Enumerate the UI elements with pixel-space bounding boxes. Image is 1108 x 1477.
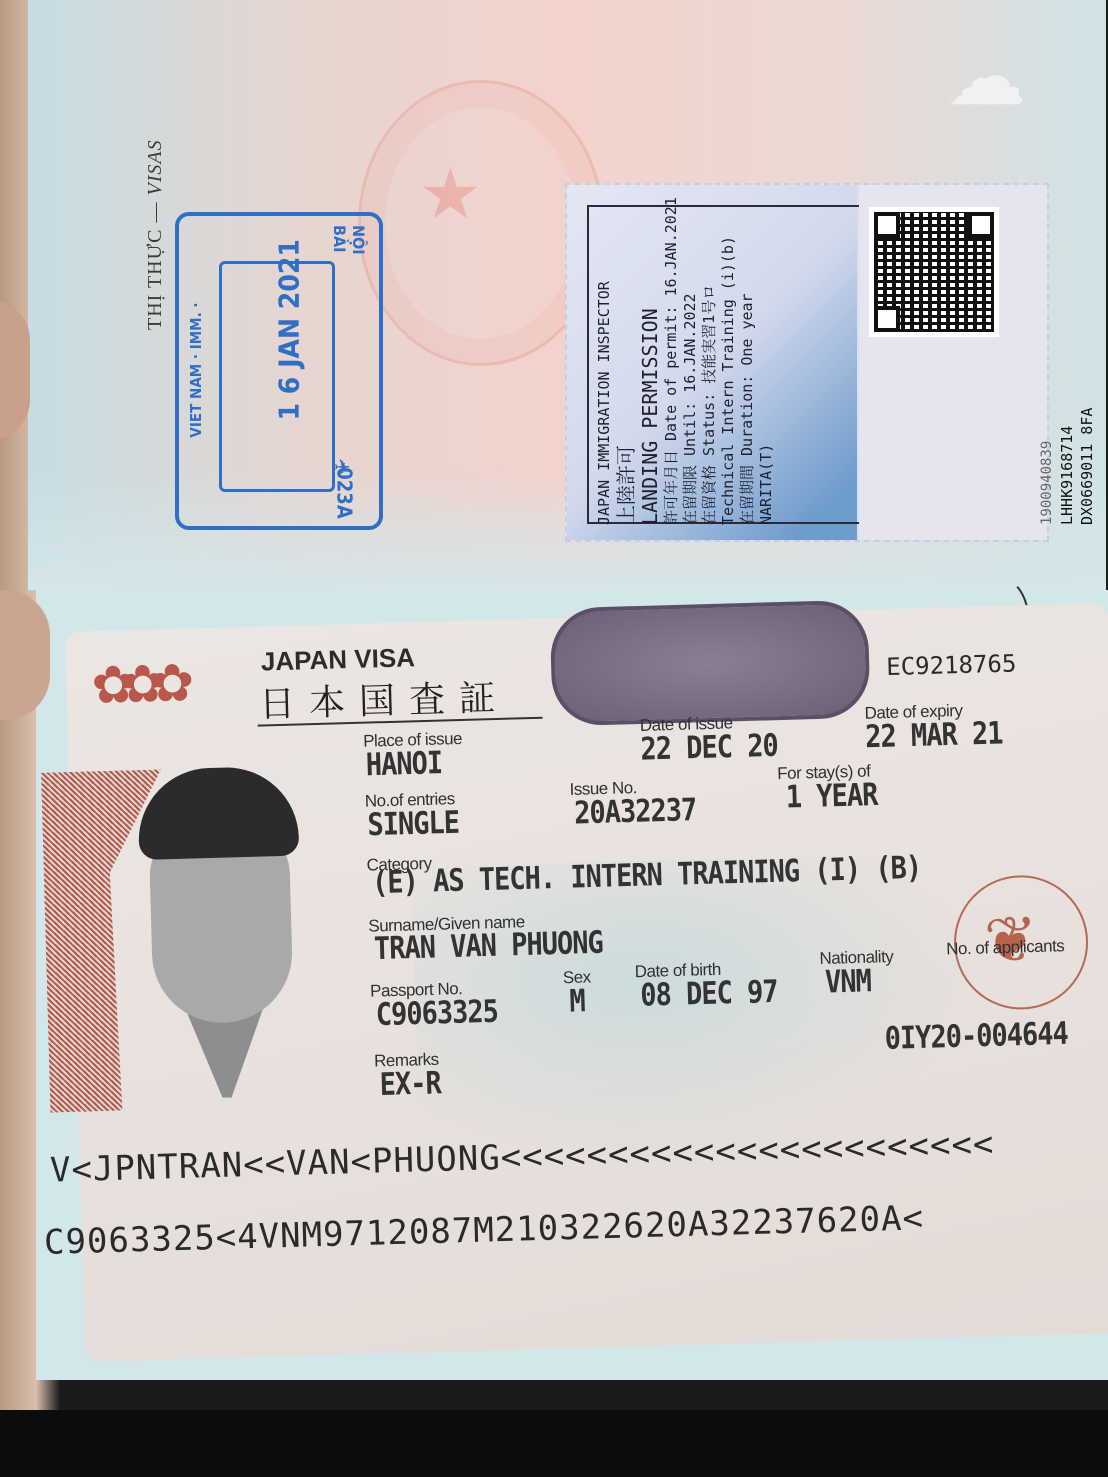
date-of-permit-label: 許可年月日 Date of permit:: [662, 306, 680, 526]
for-stay-value: 1 YEAR: [785, 777, 878, 815]
visa-number: EC9218765: [886, 649, 1017, 681]
passport-no-value: C9063325: [375, 994, 498, 1033]
date-of-birth-value: 08 DEC 97: [640, 974, 778, 1013]
background-surface: [0, 1410, 1108, 1477]
airplane-icon: ✈: [334, 456, 351, 481]
status-row: 在留資格 Status: 技能実習1号ロ: [700, 225, 719, 525]
stamp-date: 1 6 JAN 2021: [273, 261, 306, 421]
date-of-permit-value: 16.JAN.2021: [662, 197, 680, 296]
reference-number: 0IY20-004644: [884, 1016, 1068, 1057]
duration-label: 在留期間 Duration:: [738, 375, 756, 525]
landing-text-block: JAPAN IMMIGRATION INSPECTOR 上陸許可 LANDING…: [595, 225, 776, 525]
landing-permission-sticker: JAPAN IMMIGRATION INSPECTOR 上陸許可 LANDING…: [565, 183, 1049, 542]
qr-code: [869, 207, 999, 337]
mrz-line-2: C9063325<4VNM9712087M210322620A32237620A…: [43, 1198, 924, 1263]
place-of-issue-value: HANOI: [365, 746, 442, 784]
stamp-country: VIET NAM · IMM. ·: [187, 285, 205, 455]
hologram-seal: [550, 600, 871, 727]
sticker-serial: 1900940839: [1037, 325, 1057, 525]
until-label: 在留期限 Until:: [681, 402, 699, 525]
date-of-issue-value: 22 DEC 20: [640, 728, 778, 767]
heading-dash: —: [144, 202, 166, 223]
holder-photo: [129, 765, 323, 1100]
heading-english: VISAS: [144, 139, 166, 195]
status-label: 在留資格 Status:: [700, 393, 718, 525]
status-jp-value: 技能実習1号ロ: [700, 285, 718, 384]
stamp-port: NỘI BÀI: [330, 225, 368, 285]
duration-row: 在留期間 Duration: One year: [738, 225, 757, 525]
qr-finder-pattern: [968, 212, 994, 238]
sex-value: M: [569, 984, 585, 1020]
until-row: 在留期限 Until: 16.JAN.2022: [681, 225, 700, 525]
photo-hair: [137, 766, 299, 860]
remarks-value: EX-R: [379, 1066, 441, 1103]
nationality-value: VNM: [825, 964, 872, 1001]
status-en-value: Technical Intern Training (i)(b): [719, 225, 738, 525]
name-value: TRAN VAN PHUONG: [373, 925, 603, 967]
heading-vietnamese: THỊ THỰC: [144, 229, 166, 330]
qr-finder-pattern: [874, 212, 900, 238]
japan-visa-sticker: ✿✿✿ JAPAN VISA 日本国査証 EC9218765 Place of …: [65, 603, 1108, 1362]
no-of-entries-value: SINGLE: [367, 805, 460, 843]
qr-finder-pattern: [874, 306, 900, 332]
sticker-right-panel: 1900940839 LHHK9168714 DX0669011 8FA: [859, 185, 1047, 540]
sticker-codes: 1900940839 LHHK9168714 DX0669011 8FA: [1037, 325, 1097, 525]
until-value: 16.JAN.2022: [681, 293, 699, 392]
landing-title-en: LANDING PERMISSION: [638, 225, 662, 525]
landing-title-jp: 上陸許可: [614, 225, 638, 525]
page-heading: THỊ THỰC — VISAS: [144, 139, 167, 330]
issue-no-value: 20A32237: [574, 792, 697, 831]
no-of-applicants-label: No. of applicants: [946, 936, 1065, 959]
port-of-entry: NARITA(T): [757, 225, 776, 525]
inspector-header: JAPAN IMMIGRATION INSPECTOR: [595, 225, 614, 525]
sticker-code-1: LHHK9168714: [1057, 325, 1077, 525]
vietnam-immigration-stamp: VIET NAM · IMM. · 1 6 JAN 2021 NỘI BÀI 0…: [175, 212, 383, 530]
cloud-ornament-icon: ☁: [946, 30, 1026, 123]
date-of-expiry-value: 22 MAR 21: [865, 716, 1003, 755]
date-of-permit-row: 許可年月日 Date of permit: 16.JAN.2021: [662, 225, 681, 525]
cherry-blossom-icon: ✿✿✿: [91, 654, 181, 716]
sticker-code-2: DX0669011 8FA: [1077, 325, 1097, 525]
star-icon: ★: [419, 153, 482, 235]
duration-value: One year: [738, 293, 756, 365]
